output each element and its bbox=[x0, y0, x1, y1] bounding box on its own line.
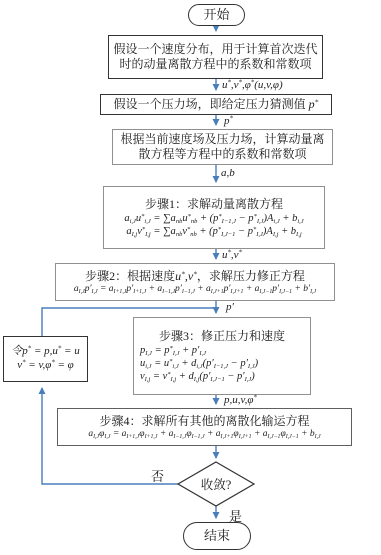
step4-eq: aI,JφI,J = aI+1,JφI+1,J + aI−1,JφI−1,J +… bbox=[60, 429, 349, 441]
step3-eq-u: ui,J = u*i,J + di,J(p′I−1,J − p′I,J) bbox=[140, 357, 258, 370]
start-terminal: 开始 bbox=[188, 4, 245, 26]
edge-label-initial-fields: u*,v*,φ*(u,v,φ) bbox=[222, 79, 283, 91]
reset-values-box: 令p* = p,u* = u v* = v,φ* = φ bbox=[3, 336, 88, 382]
step3-correct-box: 步骤3：修正压力和速度 pI,J = p*I,J + p′I,J ui,J = … bbox=[133, 317, 311, 395]
step1-eq-v: aI,jv*I,j = ∑anbv*nb + (p*I,J−1 − p*I,J)… bbox=[107, 225, 321, 238]
end-label: 结束 bbox=[204, 528, 230, 544]
edge-label-pressure-guess: p* bbox=[224, 115, 233, 127]
step1-title: 步骤1：求解动量离散方程 bbox=[107, 197, 321, 212]
step4-transport-box: 步骤4：求解所有其他的离散化输运方程 aI,JφI,J = aI+1,JφI+1… bbox=[57, 408, 352, 446]
step2-title: 步骤2：根据速度u*,v*，求解压力修正方程 bbox=[58, 269, 332, 284]
step1-eq-u: ai,Ju*i,J = ∑anbu*nb + (p*I−1,J − p*I,J)… bbox=[107, 212, 321, 225]
step1-momentum-box: 步骤1：求解动量离散方程 ai,Ju*i,J = ∑anbu*nb + (p*I… bbox=[103, 186, 325, 249]
guess-velocity-box: 假设一个速度分布，用于计算首次迭代时的动量离散方程中的系数和常数项 bbox=[108, 35, 323, 79]
step4-title: 步骤4：求解所有其他的离散化输运方程 bbox=[60, 414, 349, 429]
guess-pressure-text: 假设一个压力场，即给定压力猜测值 p* bbox=[101, 97, 331, 112]
guess-pressure-box: 假设一个压力场，即给定压力猜测值 p* bbox=[100, 94, 332, 115]
reset-line1: 令p* = p,u* = u bbox=[4, 345, 87, 359]
edge-label-pressure-correction: p′ bbox=[226, 301, 234, 313]
step3-eq-p: pI,J = p*I,J + p′I,J bbox=[140, 344, 206, 357]
edge-label-velocities: u*,v* bbox=[222, 249, 242, 261]
edge-label-coefficients: a,b bbox=[221, 167, 235, 179]
start-label: 开始 bbox=[203, 7, 229, 23]
compute-coefficients-text: 根据当前速度场及压力场，计算动量离散方程等方程中的系数和常数项 bbox=[116, 132, 329, 162]
step2-eq: aI,Jp′I,J = aI+1,Jp′I+1,J + aI−1,Jp′I−1,… bbox=[58, 284, 332, 296]
edge-label-corrected-fields: p,u,v,φ* bbox=[224, 394, 257, 406]
reset-line2: v* = v,φ* = φ bbox=[4, 359, 87, 373]
flowchart-canvas: 开始 假设一个速度分布，用于计算首次迭代时的动量离散方程中的系数和常数项 u*,… bbox=[0, 0, 381, 555]
guess-velocity-text: 假设一个速度分布，用于计算首次迭代时的动量离散方程中的系数和常数项 bbox=[112, 42, 319, 72]
end-terminal: 结束 bbox=[183, 522, 251, 550]
compute-coefficients-box: 根据当前速度场及压力场，计算动量离散方程等方程中的系数和常数项 bbox=[112, 129, 333, 165]
step3-eq-v: vI,j = v*I,j + dI,j(p′I,J−1 − p′I,J) bbox=[140, 370, 255, 383]
step3-title: 步骤3：修正压力和速度 bbox=[140, 329, 304, 344]
decision-label: 收敛? bbox=[178, 475, 254, 493]
step2-pressure-correction-box: 步骤2：根据速度u*,v*，求解压力修正方程 aI,Jp′I,J = aI+1,… bbox=[55, 263, 335, 301]
no-label: 否 bbox=[151, 466, 164, 485]
